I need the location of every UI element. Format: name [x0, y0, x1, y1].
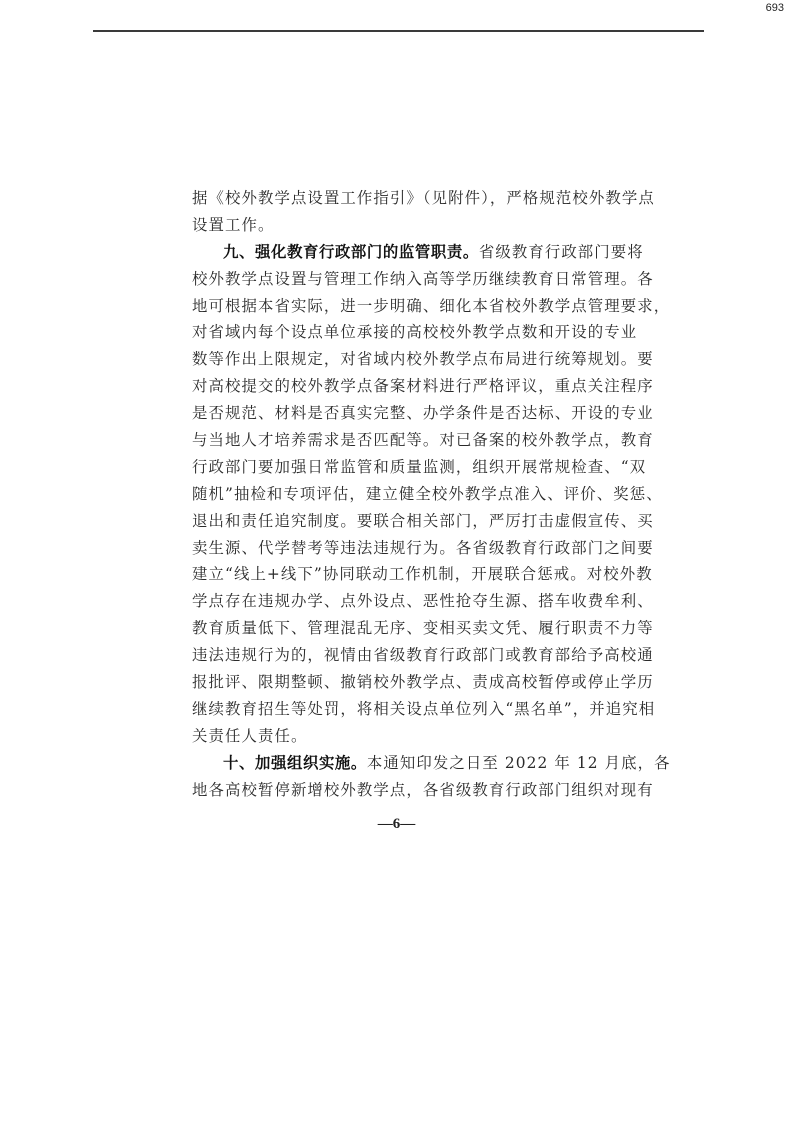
text-line: 据《校外教学点设置工作指引》（见附件），严格规范校外教学点: [192, 185, 612, 212]
text-line: 地可根据本省实际，进一步明确、细化本省校外教学点管理要求，: [192, 293, 612, 320]
text-line: 校外教学点设置与管理工作纳入高等学历继续教育日常管理。各: [192, 266, 612, 293]
text-line: 报批评、限期整顿、撤销校外教学点、责成高校暂停或停止学历: [192, 669, 612, 696]
section-9-line: 九、强化教育行政部门的监管职责。省级教育行政部门要将: [192, 239, 612, 266]
text-line: 数等作出上限规定，对省域内校外教学点布局进行统筹规划。要: [192, 346, 612, 373]
text-line: 对省域内每个设点单位承接的高校校外教学点数和开设的专业: [192, 319, 612, 346]
text-line: 建立“线上+线下”协同联动工作机制，开展联合惩戒。对校外教: [192, 561, 612, 588]
text-line: 继续教育招生等处罚，将相关设点单位列入“黑名单”，并追究相: [192, 696, 612, 723]
text-line: 设置工作。: [192, 212, 612, 239]
text-span: 本通知印发之日至 2022 年 12 月底，各: [367, 754, 671, 772]
section-heading: 九、强化教育行政部门的监管职责。: [223, 243, 479, 261]
text-line: 关责任人责任。: [192, 723, 612, 750]
text-line: 地各高校暂停新增校外教学点，各省级教育行政部门组织对现有: [192, 777, 612, 804]
text-line: 学点存在违规办学、点外设点、恶性抢夺生源、搭车收费牟利、: [192, 588, 612, 615]
footer-page-label: —6—: [0, 816, 793, 833]
text-line: 行政部门要加强日常监管和质量监测，组织开展常规检查、“双: [192, 454, 612, 481]
text-span: 省级教育行政部门要将: [479, 243, 644, 261]
text-line: 退出和责任追究制度。要联合相关部门，严厉打击虚假宣传、买: [192, 508, 612, 535]
text-line: 违法违规行为的，视情由省级教育行政部门或教育部给予高校通: [192, 642, 612, 669]
text-line: 随机”抽检和专项评估，建立健全校外教学点准入、评价、奖惩、: [192, 481, 612, 508]
text-line: 对高校提交的校外教学点备案材料进行严格评议，重点关注程序: [192, 373, 612, 400]
text-line: 卖生源、代学替考等违法违规行为。各省级教育行政部门之间要: [192, 535, 612, 562]
section-heading: 十、加强组织实施。: [223, 754, 367, 772]
document-body: 据《校外教学点设置工作指引》（见附件），严格规范校外教学点 设置工作。 九、强化…: [192, 185, 612, 803]
section-10-line: 十、加强组织实施。本通知印发之日至 2022 年 12 月底，各: [192, 750, 612, 777]
page-number: 693: [766, 2, 784, 14]
header-rule: [93, 30, 704, 32]
text-line: 与当地人才培养需求是否匹配等。对已备案的校外教学点，教育: [192, 427, 612, 454]
text-line: 是否规范、材料是否真实完整、办学条件是否达标、开设的专业: [192, 400, 612, 427]
text-line: 教育质量低下、管理混乱无序、变相买卖文凭、履行职责不力等: [192, 615, 612, 642]
